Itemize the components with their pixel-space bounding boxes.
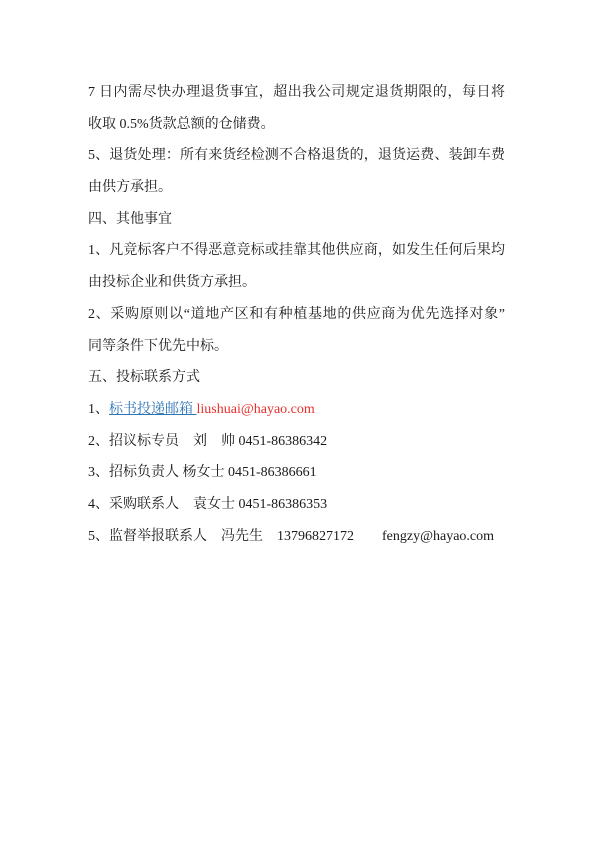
- bid-mailbox-link[interactable]: 标书投递邮箱: [109, 402, 197, 417]
- text-segment: 由投标企业和供货方承担。: [88, 275, 256, 290]
- text-segment: 2、招议标专员 刘 帅 0451-86386342: [88, 434, 327, 449]
- line-return-deadline-continued: 7 日内需尽快办理退货事宜，超出我公司规定退货期限的，每日将: [88, 77, 505, 109]
- line-return-handling-continued: 由供方承担。: [88, 172, 505, 204]
- text-segment: 7 日内需尽快办理退货事宜，超出我公司规定退货期限的，每日将: [88, 85, 505, 100]
- line-contact-mailbox: 1、标书投递邮箱 liushuai@hayao.com: [88, 394, 505, 426]
- text-segment: 5、监督举报联系人 冯先生 13796827172 fengzy@hayao.c…: [88, 529, 494, 544]
- line-rule-1-continued: 由投标企业和供货方承担。: [88, 267, 505, 299]
- text-segment: 4、采购联系人 袁女士 0451-86386353: [88, 497, 327, 512]
- line-rule-2: 2、采购原则以“道地产区和有种植基地的供应商为优先选择对象”: [88, 299, 505, 331]
- line-storage-fee: 收取 0.5%货款总额的仓储费。: [88, 109, 505, 141]
- text-segment: 四、其他事宜: [88, 212, 172, 227]
- text-segment: 2、采购原则以“道地产区和有种植基地的供应商为优先选择对象”: [88, 307, 505, 322]
- heading-section-4-other-matters: 四、其他事宜: [88, 204, 505, 236]
- line-contact-bid-specialist: 2、招议标专员 刘 帅 0451-86386342: [88, 426, 505, 458]
- line-contact-supervision: 5、监督举报联系人 冯先生 13796827172 fengzy@hayao.c…: [88, 521, 505, 553]
- text-segment: 五、投标联系方式: [88, 370, 200, 385]
- bid-mailbox-address: liushuai@hayao.com: [197, 402, 315, 417]
- line-return-handling: 5、退货处理：所有来货经检测不合格退货的，退货运费、装卸车费: [88, 140, 505, 172]
- line-contact-bid-manager: 3、招标负责人 杨女士 0451-86386661: [88, 457, 505, 489]
- line-rule-2-continued: 同等条件下优先中标。: [88, 331, 505, 363]
- heading-section-5-bid-contact: 五、投标联系方式: [88, 362, 505, 394]
- text-segment: 同等条件下优先中标。: [88, 339, 228, 354]
- text-segment: 收取 0.5%货款总额的仓储费。: [88, 117, 275, 132]
- document-page: 7 日内需尽快办理退货事宜，超出我公司规定退货期限的，每日将收取 0.5%货款总…: [0, 0, 600, 848]
- text-segment: 3、招标负责人 杨女士 0451-86386661: [88, 465, 317, 480]
- document-body: 7 日内需尽快办理退货事宜，超出我公司规定退货期限的，每日将收取 0.5%货款总…: [88, 77, 505, 552]
- text-segment: 1、凡竞标客户不得恶意竞标或挂靠其他供应商，如发生任何后果均: [88, 243, 505, 258]
- line-contact-procurement: 4、采购联系人 袁女士 0451-86386353: [88, 489, 505, 521]
- text-segment: 1、: [88, 402, 109, 417]
- text-segment: 5、退货处理：所有来货经检测不合格退货的，退货运费、装卸车费: [88, 148, 505, 163]
- text-segment: 由供方承担。: [88, 180, 172, 195]
- line-rule-1: 1、凡竞标客户不得恶意竞标或挂靠其他供应商，如发生任何后果均: [88, 235, 505, 267]
